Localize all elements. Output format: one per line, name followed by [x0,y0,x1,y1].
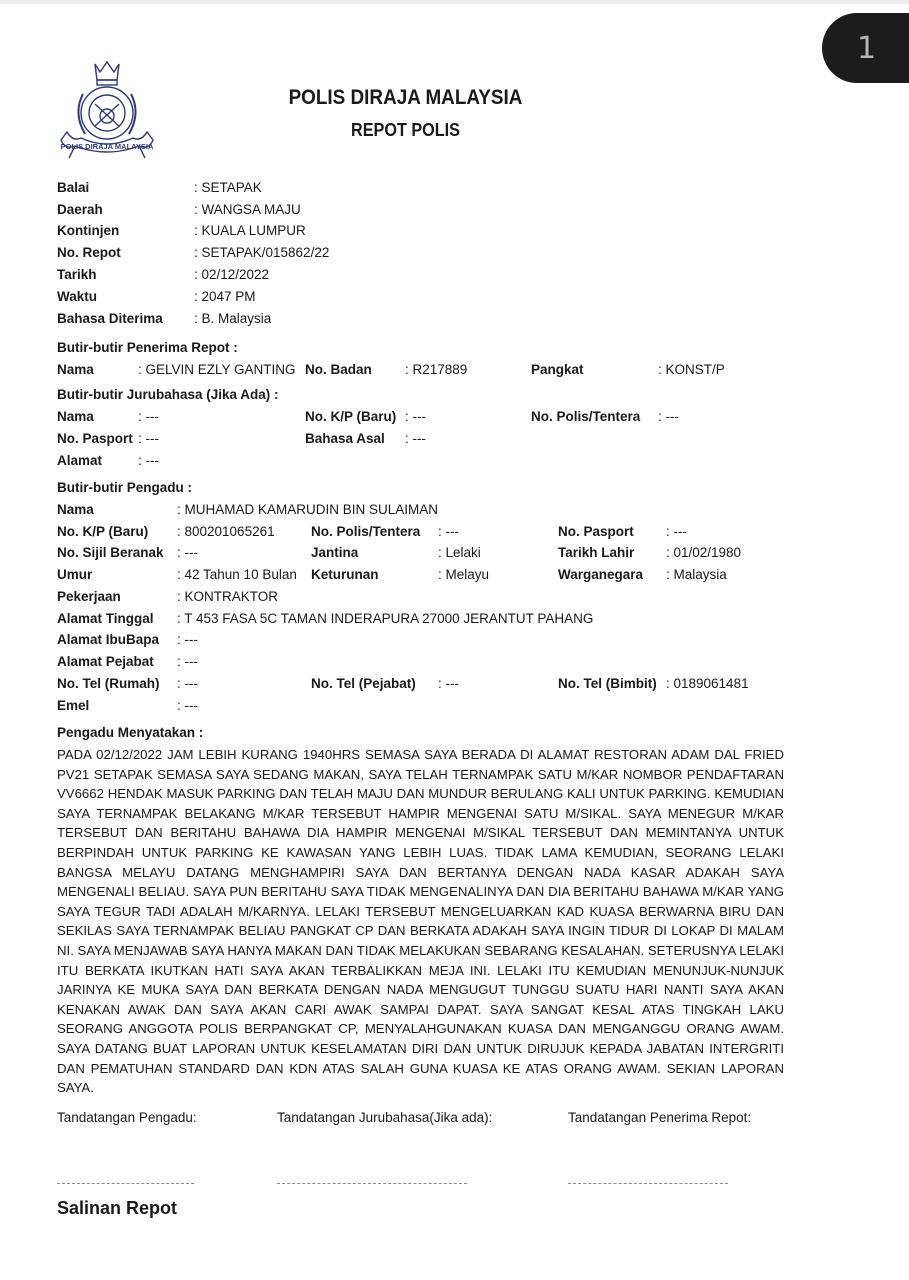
report-info-label: Kontinjen [57,223,119,239]
report-info-label: Waktu [57,289,97,305]
complainant-police-no-value: : --- [438,524,459,540]
complainant-email-value: : --- [177,698,198,714]
report-info-value: : 02/12/2022 [194,267,269,283]
receiver-name-label: Nama [57,362,94,378]
complainant-ethnicity-value: : Melayu [438,567,489,583]
report-info-value: : SETAPAK [194,180,262,196]
complainant-occupation-label: Pekerjaan [57,589,121,605]
complainant-name-label: Nama [57,502,94,518]
complainant-mobile-phone-value: : 0189061481 [666,676,749,692]
complainant-email-label: Emel [57,698,89,714]
complainant-home-phone-value: : --- [177,676,198,692]
report-info-label: Bahasa Diterima [57,311,163,327]
interpreter-name-value: : --- [138,409,159,425]
receiver-badge-value: : R217889 [405,362,467,378]
complainant-mobile-phone-label: No. Tel (Bimbit) [558,676,657,692]
complainant-ic-value: : 800201065261 [177,524,275,540]
complainant-police-no-label: No. Polis/Tentera [311,524,420,540]
interpreter-police-no-label: No. Polis/Tentera [531,409,640,425]
interpreter-ic-label: No. K/P (Baru) [305,409,396,425]
complainant-heading: Butir-butir Pengadu : [57,480,192,496]
report-info-value: : SETAPAK/015862/22 [194,245,329,261]
page-number: 1 [857,31,876,66]
report-info-label: Balai [57,180,89,196]
complainant-occupation-value: : KONTRAKTOR [177,589,278,605]
interpreter-passport-value: : --- [138,431,159,447]
report-copy-label: Salinan Repot [57,1198,177,1219]
complainant-home-address-label: Alamat Tinggal [57,611,154,627]
receiver-heading: Butir-butir Penerima Repot : [57,340,238,356]
top-status-strip [0,0,909,4]
complainant-name-value: : MUHAMAD KAMARUDIN BIN SULAIMAN [177,502,438,518]
complainant-age-label: Umur [57,567,92,583]
report-info-label: Daerah [57,202,103,218]
receiver-badge-label: No. Badan [305,362,372,378]
interpreter-ic-value: : --- [405,409,426,425]
complainant-office-phone-value: : --- [438,676,459,692]
svg-text:POLIS DIRAJA MALAYSIA: POLIS DIRAJA MALAYSIA [61,142,154,151]
page-subtitle: REPOT POLIS [0,120,815,141]
receiver-rank-value: : KONST/P [658,362,725,378]
complainant-birth-cert-label: No. Sijil Beranak [57,545,164,561]
page-title: POLIS DIRAJA MALAYSIA [0,86,815,110]
statement-heading: Pengadu Menyatakan : [57,725,203,741]
complainant-passport-label: No. Pasport [558,524,634,540]
signature-line-interpreter [277,1183,467,1184]
complainant-parent-address-value: : --- [177,632,198,648]
complainant-home-phone-label: No. Tel (Rumah) [57,676,160,692]
polis-crest-logo-icon: POLIS DIRAJA MALAYSIA [55,58,160,170]
receiver-name-value: : GELVIN EZLY GANTING [138,362,296,378]
statement-text: PADA 02/12/2022 JAM LEBIH KURANG 1940HRS… [57,745,784,1098]
signature-line-receiver [568,1183,728,1184]
complainant-office-address-label: Alamat Pejabat [57,654,154,670]
signature-interpreter-label: Tandatangan Jurubahasa(Jika ada): [277,1110,492,1126]
interpreter-name-label: Nama [57,409,94,425]
report-info-label: Tarikh [57,267,97,283]
report-info-value: : KUALA LUMPUR [194,223,306,239]
report-info-value: : WANGSA MAJU [194,202,301,218]
complainant-home-address-value: : T 453 FASA 5C TAMAN INDERAPURA 27000 J… [177,611,593,627]
complainant-ic-label: No. K/P (Baru) [57,524,148,540]
complainant-parent-address-label: Alamat IbuBapa [57,632,159,648]
interpreter-heading: Butir-butir Jurubahasa (Jika Ada) : [57,387,279,403]
interpreter-police-no-value: : --- [658,409,679,425]
report-info-label: No. Repot [57,245,121,261]
report-info-value: : 2047 PM [194,289,256,305]
interpreter-language-value: : --- [405,431,426,447]
complainant-office-address-value: : --- [177,654,198,670]
interpreter-address-label: Alamat [57,453,102,469]
complainant-dob-label: Tarikh Lahir [558,545,634,561]
complainant-gender-label: Jantina [311,545,358,561]
complainant-ethnicity-label: Keturunan [311,567,379,583]
receiver-rank-label: Pangkat [531,362,584,378]
report-info-value: : B. Malaysia [194,311,271,327]
complainant-passport-value: : --- [666,524,687,540]
signature-receiver-label: Tandatangan Penerima Repot: [568,1110,751,1126]
interpreter-language-label: Bahasa Asal [305,431,385,447]
complainant-age-value: : 42 Tahun 10 Bulan [177,567,297,583]
complainant-gender-value: : Lelaki [438,545,481,561]
complainant-birth-cert-value: : --- [177,545,198,561]
interpreter-address-value: : --- [138,453,159,469]
complainant-office-phone-label: No. Tel (Pejabat) [311,676,416,692]
complainant-citizenship-value: : Malaysia [666,567,727,583]
complainant-dob-value: : 01/02/1980 [666,545,741,561]
complainant-citizenship-label: Warganegara [558,567,643,583]
page-number-badge: 1 [822,13,909,83]
signature-line-complainant [57,1183,194,1184]
interpreter-passport-label: No. Pasport [57,431,133,447]
signature-complainant-label: Tandatangan Pengadu: [57,1110,197,1126]
